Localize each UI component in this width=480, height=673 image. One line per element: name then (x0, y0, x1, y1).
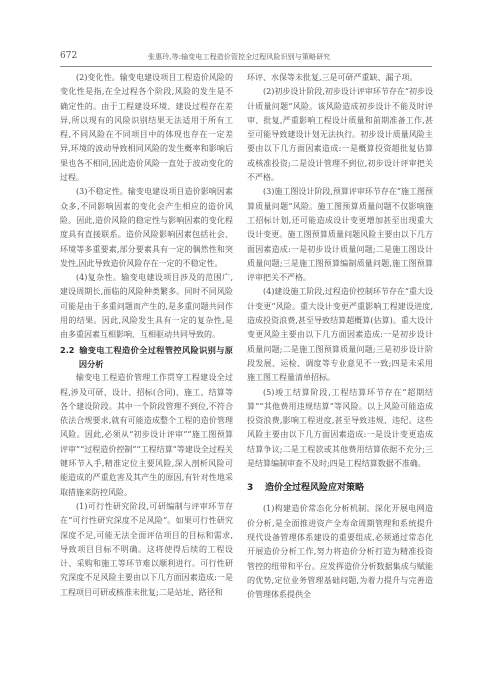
running-title: 张惠玲,等:输变电工程造价管控全过程风险识别与策略研究 (148, 52, 330, 62)
section-heading-2-2: 2.2输变电工程造价全过程管控风险识别与原因分析 (60, 343, 233, 372)
paragraph-complexity: (4)复杂性。输变电建设项目涉及的范围广,建设周期长,面临的风险种类繁多。同时不… (60, 271, 233, 342)
section-title: 输变电工程造价全过程管控风险识别与原因分析 (79, 345, 233, 369)
right-column: 环评、水保等未批复,三是可研严重缺、漏子项。 (2)初步设计阶段,初步设计评审环… (247, 71, 433, 602)
paragraph-variability: (2)变化性。输变电建设项目工程造价风险的变化性是指,在全过程各个阶段,风险的发… (60, 71, 233, 185)
paragraph-overview: 输变电工程造价管理工作贯穿工程建设全过程,涉及可研、设计、招标(合同)、施工、结… (60, 371, 233, 500)
left-column: (2)变化性。输变电建设项目工程造价风险的变化性是指,在全过程各个阶段,风险的发… (60, 71, 233, 600)
paragraph-continuation: 环评、水保等未批复,三是可研严重缺、漏子项。 (247, 71, 433, 85)
paragraph-analysis-mechanism: (1)构建造价常态化分析机制。深化开展电网造价分析,是全面推进资产全寿命周期管理… (247, 502, 433, 602)
paragraph-instability: (3)不稳定性。输变电建设项目造价影响因素众多,不同影响因素的变化会产生相应的造… (60, 185, 233, 271)
section-number: 3 (247, 481, 265, 495)
section-heading-3: 3造价全过程风险应对策略 (247, 481, 433, 495)
paragraph-construction-drawing: (3)施工图设计阶段,预算评审环节存在“施工图预算质量问题”风险。施工图预算质量… (247, 185, 433, 285)
paragraph-final-settlement: (5)竣工结算阶段,工程结算环节存在“超期结算”“其他费用违规结算”等风险。以上… (247, 386, 433, 472)
header-rule (60, 66, 432, 67)
page-header: 672 张惠玲,等:输变电工程造价管控全过程风险识别与策略研究 (60, 51, 432, 65)
section-number: 2.2 (60, 343, 79, 357)
paragraph-construction-stage: (4)建设施工阶段,过程造价控制环节存在“重大设计变更”风险。重大设计变更严重影… (247, 285, 433, 385)
section-title: 造价全过程风险应对策略 (265, 483, 364, 493)
paragraph-feasibility-stage: (1)可行性研究阶段,可研编制与评审环节存在“可行性研究深度不足风险”。如果可行… (60, 500, 233, 600)
paragraph-preliminary-design: (2)初步设计阶段,初步设计评审环节存在“初步设计质量问题”风险。该风险造成初步… (247, 85, 433, 185)
page-number: 672 (60, 51, 77, 61)
